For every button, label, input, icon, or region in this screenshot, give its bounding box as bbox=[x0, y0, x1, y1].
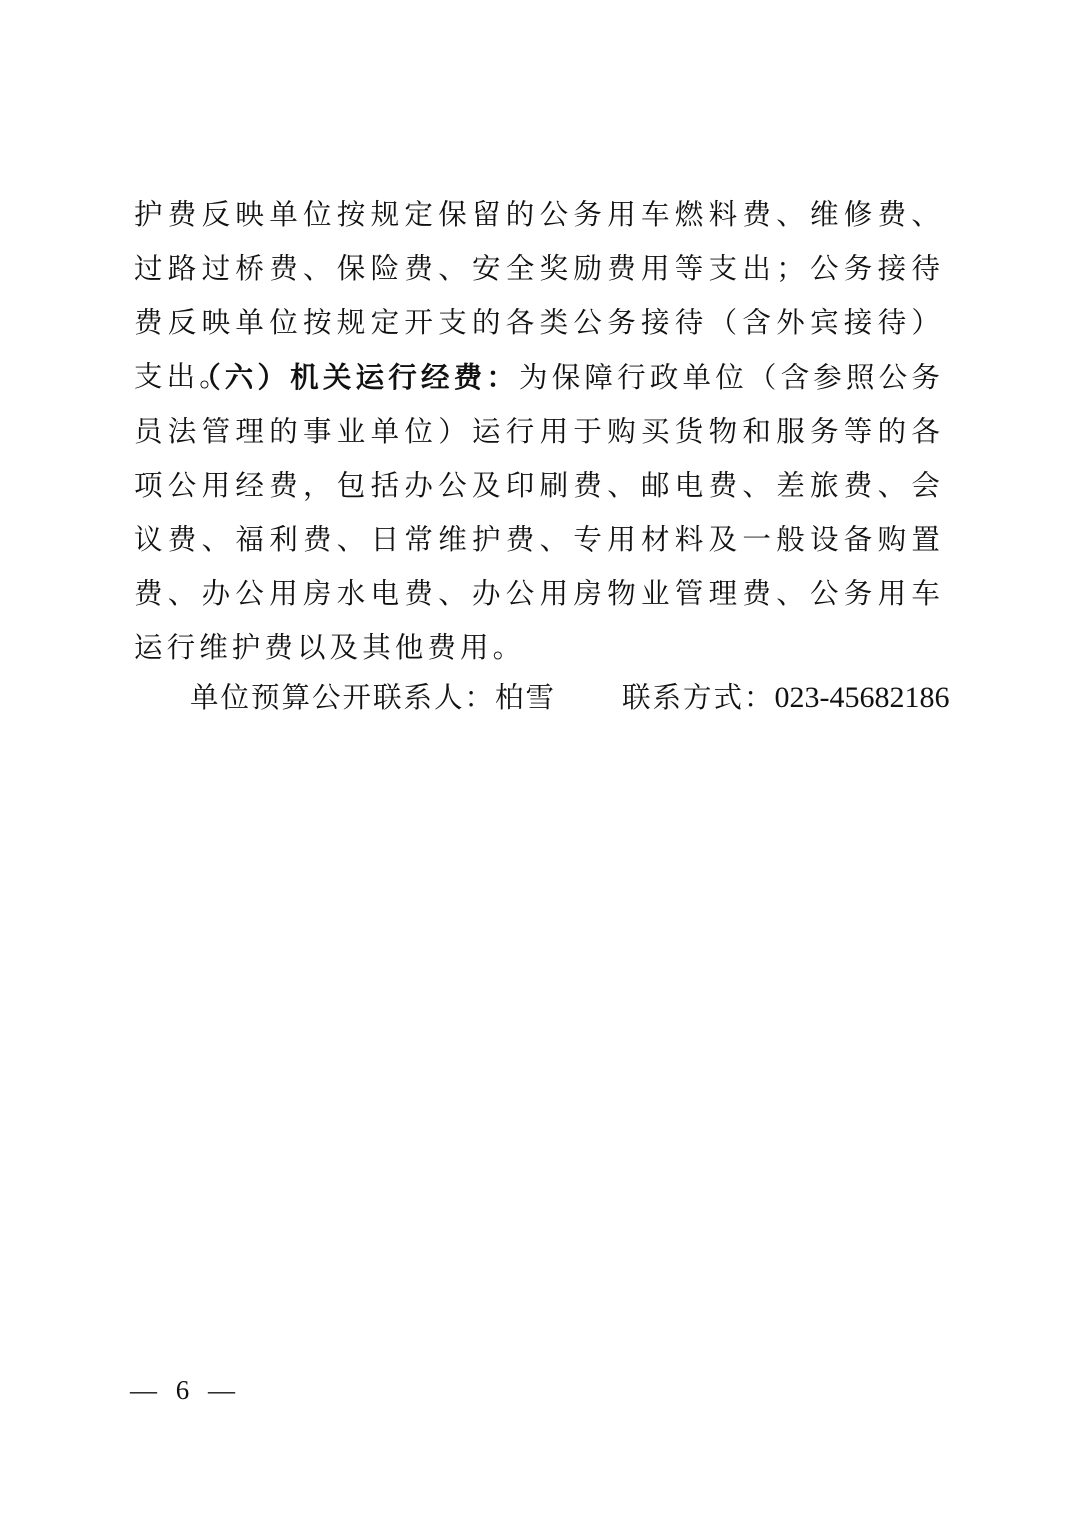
contact-person-name: 柏雪 bbox=[495, 681, 556, 714]
contact-phone-block: 联系方式：023-45682186 bbox=[622, 678, 950, 718]
contact-person-label: 单位预算公开联系人： bbox=[190, 681, 495, 714]
page-number: — 6 — bbox=[130, 1375, 241, 1406]
paragraph-operating-expenses: （六）机关运行经费：为保障行政单位（含参照公务员法管理的事业单位）运行用于购买货… bbox=[134, 350, 944, 675]
section-heading: （六）机关运行经费： bbox=[192, 360, 519, 394]
contact-phone-label: 联系方式： bbox=[622, 681, 775, 714]
document-page: 护费反映单位按规定保留的公务用车燃料费、维修费、过路过桥费、保险费、安全奖励费用… bbox=[0, 0, 1074, 1520]
contact-phone-number: 023-45682186 bbox=[775, 681, 950, 714]
contact-line: 单位预算公开联系人：柏雪 联系方式：023-45682186 bbox=[190, 678, 950, 718]
paragraph-text: 为保障行政单位（含参照公务员法管理的事业单位）运行用于购买货物和服务等的各项公用… bbox=[134, 361, 944, 664]
